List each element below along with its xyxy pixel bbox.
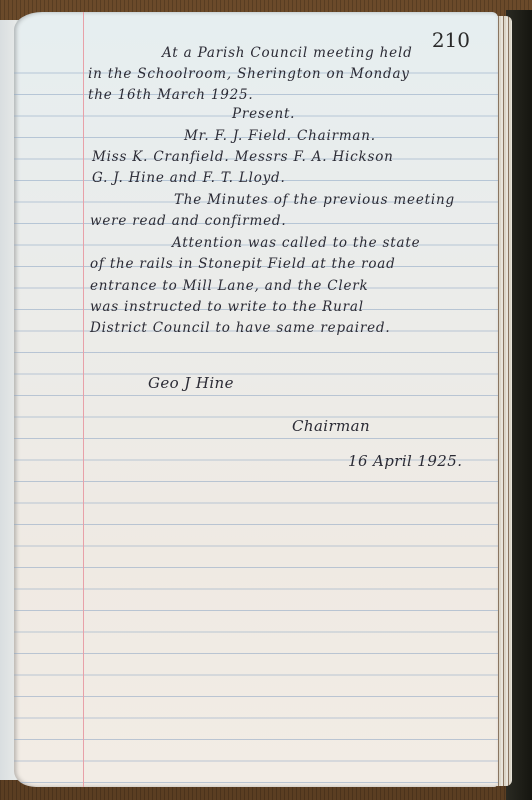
attendees-line-2: G. J. Hine and F. T. Lloyd.: [92, 170, 286, 186]
minute-line-13: was instructed to write to the Rural: [90, 299, 364, 315]
margin-rule: [83, 12, 84, 787]
ledger-page: 210 At a Parish Council meeting held in …: [14, 12, 498, 787]
minute-line-1: At a Parish Council meeting held: [162, 45, 413, 61]
chairman-signature: Geo J Hine: [148, 374, 234, 392]
minute-line-3: the 16th March 1925.: [88, 87, 254, 103]
signature-date: 16 April 1925.: [348, 452, 462, 470]
signature-title: Chairman: [292, 417, 370, 435]
minute-line-11: of the rails in Stonepit Field at the ro…: [90, 256, 396, 272]
page-number: 210: [432, 28, 470, 52]
minute-line-8: The Minutes of the previous meeting: [174, 192, 455, 208]
minute-line-9: were read and confirmed.: [90, 213, 286, 229]
minute-line-12: entrance to Mill Lane, and the Clerk: [90, 278, 368, 294]
minute-line-10: Attention was called to the state: [172, 235, 420, 251]
minute-line-2: in the Schoolroom, Sherington on Monday: [88, 66, 410, 82]
page-stack-edges: [496, 16, 512, 786]
attendees-line-1: Miss K. Cranfield. Messrs F. A. Hickson: [92, 149, 394, 165]
minute-line-14: District Council to have same repaired.: [90, 320, 390, 336]
attendee-chairman: Mr. F. J. Field. Chairman.: [184, 128, 376, 144]
present-heading: Present.: [232, 106, 295, 122]
